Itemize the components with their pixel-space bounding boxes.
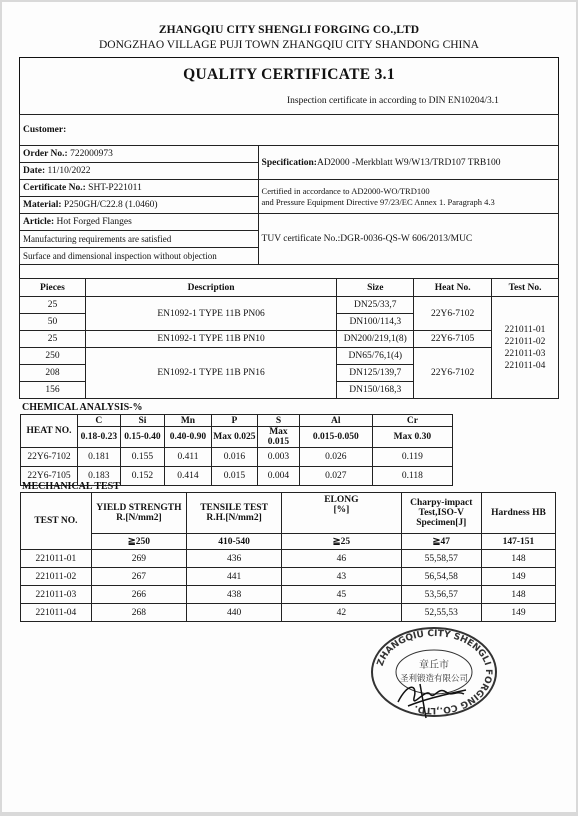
mechanical-row: 221011-03 266 438 45 53,56,57 148 xyxy=(21,586,556,604)
limit-yield: ≧250 xyxy=(91,534,186,550)
pieces-cell: 25 xyxy=(20,331,86,348)
inspection-note: Inspection certificate in according to D… xyxy=(287,96,499,106)
article-value: Hot Forged Flanges xyxy=(57,217,132,227)
element-s: S xyxy=(258,415,300,427)
size-cell: DN200/219,1(8) xyxy=(337,331,414,348)
certified-line-1: Certified in accordance to AD2000-WO/TRD… xyxy=(262,186,558,197)
limit-p: Max 0.025 xyxy=(211,427,257,448)
charpy-header: Charpy-impactTest,ISO-VSpecimen[J] xyxy=(401,493,481,534)
chemical-analysis-title: CHEMICAL ANALYSIS-% xyxy=(22,402,143,413)
header-pieces: Pieces xyxy=(20,279,86,297)
specification-label: Specification: xyxy=(262,158,317,168)
products-table: Pieces Description Size Heat No. Test No… xyxy=(19,278,559,399)
limit-c: 0.18-0.23 xyxy=(78,427,121,448)
certificate-value: SHT-P221011 xyxy=(88,183,142,193)
certified-line-2: and Pressure Equipment Directive 97/23/E… xyxy=(262,197,558,208)
pieces-cell: 25 xyxy=(20,297,86,314)
product-row: 25 EN1092-1 TYPE 11B PN06 DN25/33,7 22Y6… xyxy=(20,297,559,314)
element-al: Al xyxy=(299,415,372,427)
elong-header: ELONG[%] xyxy=(282,493,401,534)
tuv-certificate: TUV certificate No.:DGR-0036-QS-W 606/20… xyxy=(258,214,558,265)
header-heat-no: Heat No. xyxy=(414,279,492,297)
yield-strength-header: YIELD STRENGTHR.[N/mm2] xyxy=(91,493,186,534)
pieces-cell: 208 xyxy=(20,365,86,382)
manufacturing-note: Manufacturing requirements are satisfied xyxy=(20,231,259,248)
header-size: Size xyxy=(337,279,414,297)
stamp-center-line-1: 章丘市 xyxy=(419,658,449,671)
description-cell: EN1092-1 TYPE 11B PN16 xyxy=(85,348,336,399)
chemical-table: HEAT NO. C Si Mn P S Al Cr 0.18-0.23 0.1… xyxy=(20,414,453,486)
mechanical-row: 221011-01 269 436 46 55,58,57 148 xyxy=(21,550,556,568)
limit-charpy: ≧47 xyxy=(401,534,481,550)
heat-cell: 22Y6-7102 xyxy=(414,297,492,331)
description-cell: EN1092-1 TYPE 11B PN10 xyxy=(85,331,336,348)
size-cell: DN100/114,3 xyxy=(337,314,414,331)
mechanical-row: 221011-02 267 441 43 56,54,58 149 xyxy=(21,568,556,586)
limit-s: Max 0.015 xyxy=(258,427,300,448)
stamp-center-line-2: 圣利锻造有限公司 xyxy=(400,673,468,684)
size-cell: DN125/139,7 xyxy=(337,365,414,382)
test-no-header: TEST NO. xyxy=(21,493,92,550)
heat-cell: 22Y6-7105 xyxy=(414,331,492,348)
test-no-cell: 221011-01 221011-02 221011-03 221011-04 xyxy=(492,297,559,399)
element-p: P xyxy=(211,415,257,427)
date-value: 11/10/2022 xyxy=(48,166,91,176)
date-label: Date: xyxy=(23,166,45,176)
limit-cr: Max 0.30 xyxy=(372,427,452,448)
certificate-title: QUALITY CERTIFICATE 3.1 xyxy=(0,66,578,84)
hardness-header: Hardness HB xyxy=(481,493,555,534)
limit-mn: 0.40-0.90 xyxy=(165,427,211,448)
pieces-cell: 156 xyxy=(20,382,86,399)
tensile-test-header: TENSILE TESTR.H.[N/mm2] xyxy=(186,493,281,534)
description-cell: EN1092-1 TYPE 11B PN06 xyxy=(85,297,336,331)
limit-elong: ≧25 xyxy=(282,534,401,550)
header-description: Description xyxy=(85,279,336,297)
order-value: 722000973 xyxy=(70,149,113,159)
element-si: Si xyxy=(120,415,165,427)
company-stamp-icon: ZHANGQIU CITY SHENGLI FORGING CO.,LTD. 章… xyxy=(368,622,500,722)
header-test-no: Test No. xyxy=(492,279,559,297)
customer-row: Customer: xyxy=(20,115,559,146)
material-label: Material: xyxy=(23,200,62,210)
heat-cell: 22Y6-7102 xyxy=(414,348,492,399)
pieces-cell: 50 xyxy=(20,314,86,331)
company-name: ZHANGQIU CITY SHENGLI FORGING CO.,LTD xyxy=(0,24,578,36)
company-address: DONGZHAO VILLAGE PUJI TOWN ZHANGQIU CITY… xyxy=(0,39,578,51)
size-cell: DN25/33,7 xyxy=(337,297,414,314)
limit-si: 0.15-0.40 xyxy=(120,427,165,448)
order-label: Order No.: xyxy=(23,149,68,159)
heat-no-header: HEAT NO. xyxy=(21,415,78,448)
mechanical-test-title: MECHANICAL TEST xyxy=(22,481,120,492)
stamp-ring-text: ZHANGQIU CITY SHENGLI FORGING CO.,LTD. xyxy=(376,629,493,715)
element-cr: Cr xyxy=(372,415,452,427)
info-table: Customer: Order No.: 722000973 Specifica… xyxy=(19,114,559,265)
element-mn: Mn xyxy=(165,415,211,427)
size-cell: DN150/168,3 xyxy=(337,382,414,399)
mechanical-table: TEST NO. YIELD STRENGTHR.[N/mm2] TENSILE… xyxy=(20,492,556,622)
product-row: 25 EN1092-1 TYPE 11B PN10 DN200/219,1(8)… xyxy=(20,331,559,348)
mechanical-row: 221011-04 268 440 42 52,55,53 149 xyxy=(21,604,556,622)
size-cell: DN65/76,1(4) xyxy=(337,348,414,365)
pieces-cell: 250 xyxy=(20,348,86,365)
article-label: Article: xyxy=(23,217,54,227)
chemical-row: 22Y6-7102 0.181 0.155 0.411 0.016 0.003 … xyxy=(21,448,453,467)
surface-note: Surface and dimensional inspection witho… xyxy=(20,248,259,265)
svg-text:ZHANGQIU CITY SHENGLI FORGING: ZHANGQIU CITY SHENGLI FORGING CO.,LTD. xyxy=(376,629,493,715)
product-row: 250 EN1092-1 TYPE 11B PN16 DN65/76,1(4) … xyxy=(20,348,559,365)
limit-al: 0.015-0.050 xyxy=(299,427,372,448)
customer-label: Customer: xyxy=(23,125,66,135)
limit-hardness: 147-151 xyxy=(481,534,555,550)
material-value: P250GH/C22.8 (1.0460) xyxy=(64,200,158,210)
certificate-label: Certificate No.: xyxy=(23,183,86,193)
specification-value: AD2000 -Merkblatt W9/W13/TRD107 TRB100 xyxy=(317,158,501,168)
element-c: C xyxy=(78,415,121,427)
limit-tensile: 410-540 xyxy=(186,534,281,550)
